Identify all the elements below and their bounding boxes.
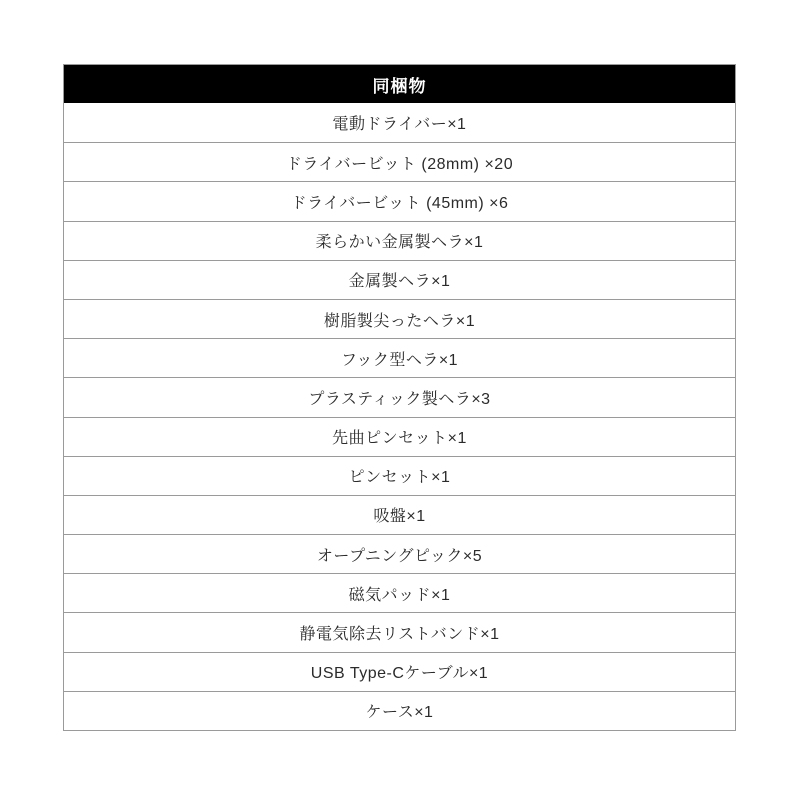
table-row-label: USB Type-Cケーブル×1 — [311, 660, 488, 683]
table-row: 吸盤×1 — [64, 495, 735, 534]
table-header-label: 同梱物 — [373, 72, 427, 97]
table-row-label: ドライバービット (28mm) ×20 — [286, 151, 513, 174]
table-row-label: 樹脂製尖ったヘラ×1 — [324, 308, 475, 331]
table-row: 金属製ヘラ×1 — [64, 260, 735, 299]
table-row: ドライバービット (45mm) ×6 — [64, 181, 735, 220]
table-row: 樹脂製尖ったヘラ×1 — [64, 299, 735, 338]
included-items-table-body: 電動ドライバー×1 ドライバービット (28mm) ×20 ドライバービット (… — [64, 103, 735, 730]
table-row: 静電気除去リストバンド×1 — [64, 612, 735, 651]
table-row-label: ケース×1 — [366, 699, 434, 722]
table-row-label: 吸盤×1 — [373, 503, 425, 526]
table-row-label: フック型ヘラ×1 — [341, 347, 458, 370]
table-row: 柔らかい金属製ヘラ×1 — [64, 221, 735, 260]
table-row: ケース×1 — [64, 691, 735, 730]
table-row: 磁気パッド×1 — [64, 573, 735, 612]
table-row: ドライバービット (28mm) ×20 — [64, 142, 735, 181]
table-row-label: プラスティック製ヘラ×3 — [308, 386, 490, 409]
included-items-table: 同梱物 電動ドライバー×1 ドライバービット (28mm) ×20 ドライバービ… — [63, 64, 736, 731]
table-row: フック型ヘラ×1 — [64, 338, 735, 377]
table-row-label: 電動ドライバー×1 — [333, 111, 467, 134]
table-row: 電動ドライバー×1 — [64, 103, 735, 142]
table-row: プラスティック製ヘラ×3 — [64, 377, 735, 416]
table-row: 先曲ピンセット×1 — [64, 417, 735, 456]
included-items-table-header: 同梱物 — [64, 65, 735, 103]
table-row-label: ドライバービット (45mm) ×6 — [291, 190, 509, 213]
page: 同梱物 電動ドライバー×1 ドライバービット (28mm) ×20 ドライバービ… — [0, 0, 800, 800]
table-row-label: ピンセット×1 — [349, 464, 451, 487]
table-row: USB Type-Cケーブル×1 — [64, 652, 735, 691]
table-row-label: 静電気除去リストバンド×1 — [299, 621, 499, 644]
table-row-label: オープニングピック×5 — [317, 543, 482, 566]
table-row: オープニングピック×5 — [64, 534, 735, 573]
table-row-label: 金属製ヘラ×1 — [349, 268, 451, 291]
table-row-label: 先曲ピンセット×1 — [332, 425, 467, 448]
table-row-label: 柔らかい金属製ヘラ×1 — [316, 229, 484, 252]
table-row-label: 磁気パッド×1 — [349, 582, 451, 605]
table-row: ピンセット×1 — [64, 456, 735, 495]
